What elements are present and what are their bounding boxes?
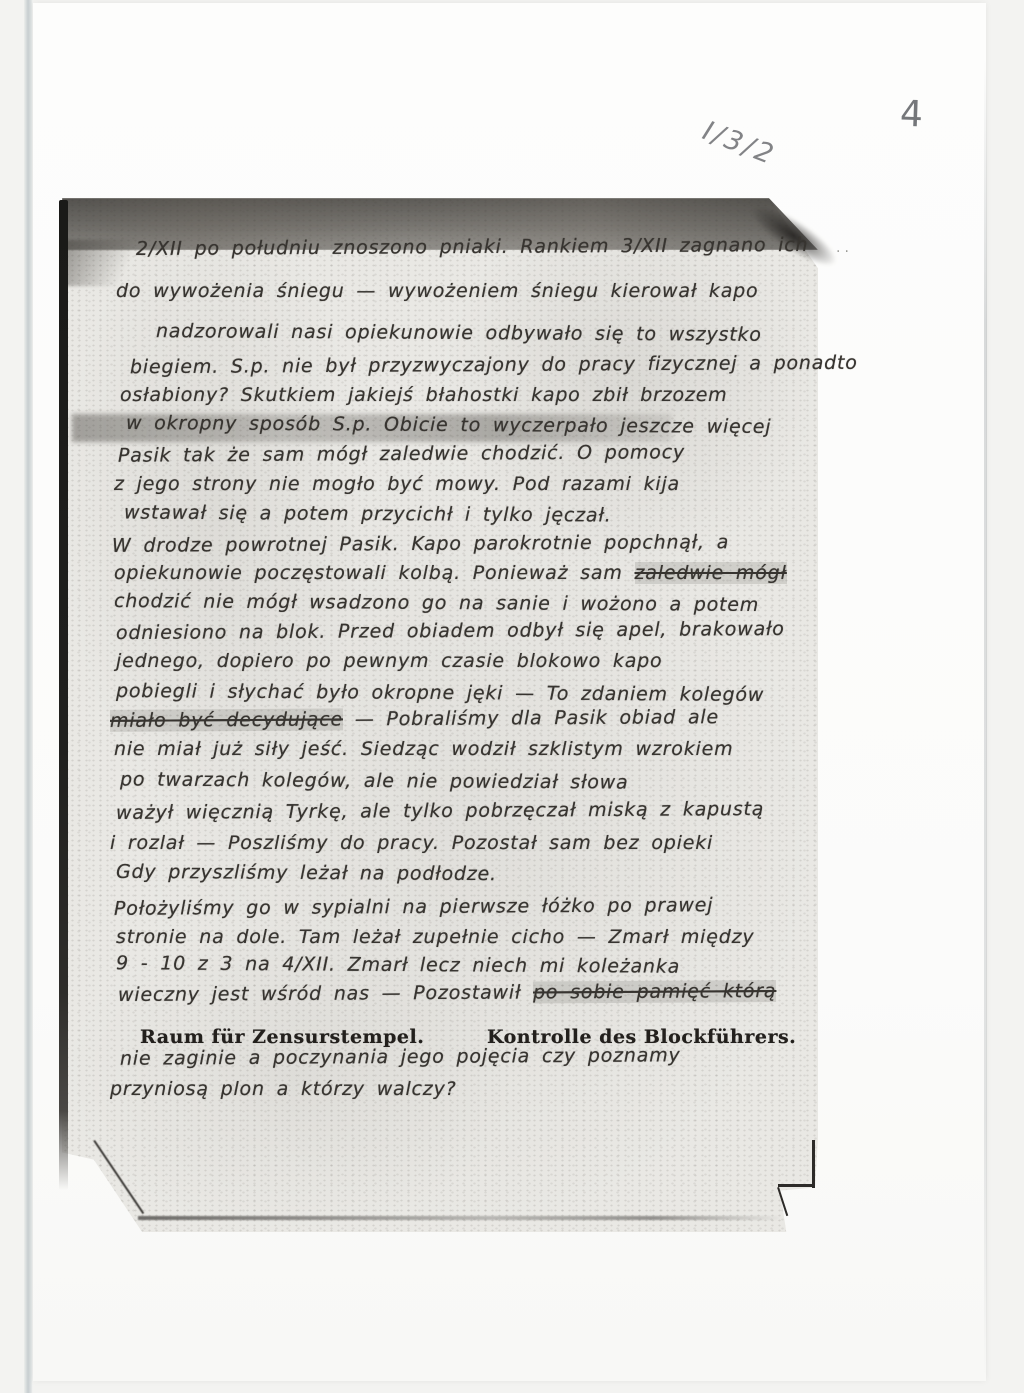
- handwritten-line: 2/XII po południu znoszono pniaki. Ranki…: [136, 234, 808, 260]
- handwritten-line: i rozlał — Poszliśmy do pracy. Pozostał …: [110, 832, 713, 854]
- handwritten-line: chodzić nie mógł wsadzono go na sanie i …: [114, 590, 759, 616]
- handwritten-line: jednego, dopiero po pewnym czasie blokow…: [116, 650, 662, 672]
- handwritten-line: z jego strony nie mogło być mowy. Pod ra…: [114, 473, 680, 495]
- struck-through-text: miało być decydujące: [110, 708, 343, 731]
- handwritten-line: stronie na dole. Tam leżał zupełnie cich…: [116, 926, 754, 948]
- struck-through-text: zaledwie mógł: [635, 562, 787, 584]
- handwritten-line: W drodze powrotnej Pasik. Kapo parokrotn…: [112, 531, 729, 557]
- handwritten-line: Gdy przyszliśmy leżał na podłodze.: [116, 861, 497, 885]
- handwritten-line: miało być decydujące — Pobraliśmy dla Pa…: [110, 706, 719, 732]
- struck-through-text: po sobie pamięć którą: [533, 980, 776, 1003]
- handwritten-line: wieczny jest wśród nas — Pozostawił po s…: [118, 980, 776, 1006]
- handwritten-line: pobiegli i słychać było okropne jęki — T…: [116, 680, 764, 706]
- censor-stamp-area-label: Raum für Zensurstempel.: [140, 1026, 424, 1048]
- handwritten-line: Pasik tak że sam mógł zaledwie chodzić. …: [118, 441, 685, 466]
- handwritten-line: 9 - 10 z 3 na 4/XII. Zmarł lecz niech mi…: [116, 952, 680, 977]
- handwritten-line: nie zaginie a poczynania jego pojęcia cz…: [120, 1044, 681, 1069]
- handwritten-line: ważył więcznią Tyrkę, ale tylko pobrzęcz…: [116, 798, 764, 824]
- handwritten-line: nadzorowali nasi opiekunowie odbywało si…: [156, 320, 762, 346]
- handwritten-line: Położyliśmy go w sypialni na pierwsze łó…: [114, 894, 713, 920]
- handwritten-line: osłabiony? Skutkiem jakiejś błahostki ka…: [120, 384, 728, 406]
- handwritten-line: biegiem. S.p. nie był przyzwyczajony do …: [130, 352, 858, 378]
- handwritten-line: odniesiono na blok. Przed obiadem odbył …: [116, 618, 785, 644]
- scanned-document-page: 4 I/3/2 ·· 2/XII po południu znoszono pn…: [0, 0, 1024, 1393]
- handwritten-line: do wywożenia śniegu — wywożeniem śniegu …: [116, 280, 758, 302]
- handwritten-line: po twarzach kolegów, ale nie powiedział …: [120, 768, 629, 793]
- blockfuehrer-control-label: Kontrolle des Blockführers.: [487, 1026, 796, 1048]
- handwritten-line: opiekunowie poczęstowali kolbą. Ponieważ…: [114, 562, 787, 584]
- handwriting-layer: 2/XII po południu znoszono pniaki. Ranki…: [0, 0, 1024, 1393]
- handwritten-line: przyniosą plon a którzy walczy?: [110, 1078, 457, 1100]
- handwritten-line: wstawał się a potem przycichł i tylko ję…: [124, 502, 612, 527]
- handwritten-line: nie miał już siły jeść. Siedząc wodził s…: [114, 738, 733, 760]
- handwritten-line: w okropny sposób S.p. Obicie to wyczerpa…: [126, 412, 772, 438]
